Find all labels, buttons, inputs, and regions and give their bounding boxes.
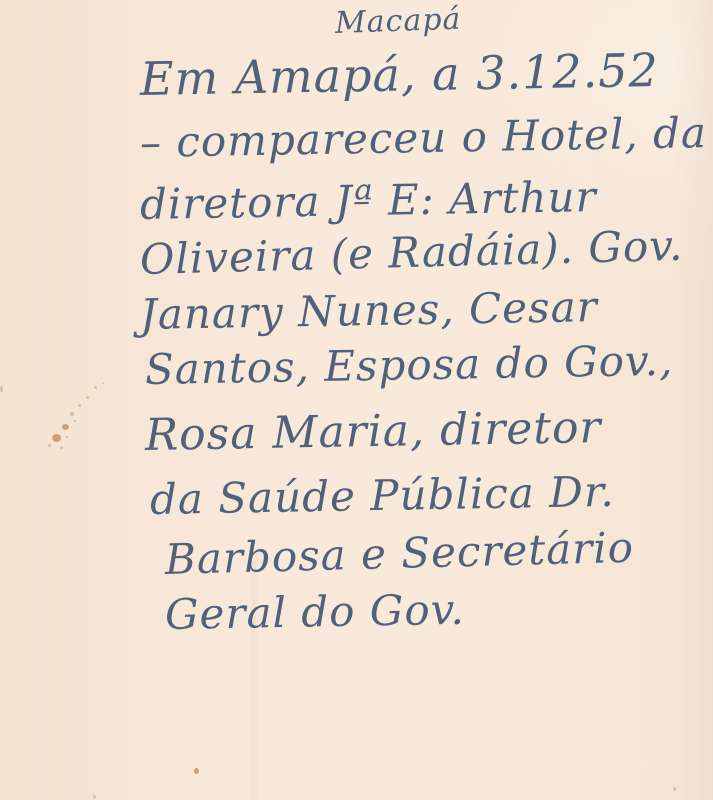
foxing-speck xyxy=(60,446,63,449)
handwritten-page: Macapá Em Amapá, a 3.12.52 – compareceu … xyxy=(0,0,713,800)
note-line-1: Em Amapá, a 3.12.52 xyxy=(140,43,660,106)
note-line-8: da Saúde Pública Dr. xyxy=(150,467,615,524)
foxing-stain xyxy=(52,434,61,442)
foxing-speck xyxy=(48,444,51,447)
foxing-speck xyxy=(74,420,76,422)
note-line-2: – compareceu o Hotel, da xyxy=(140,108,708,167)
foxing-speck xyxy=(66,436,68,438)
note-line-10: Geral do Gov. xyxy=(165,585,466,639)
note-line-3: diretora Jª E: Arthur xyxy=(140,172,597,229)
foxing-speck xyxy=(94,386,97,389)
note-heading: Macapá xyxy=(334,2,462,41)
note-line-6: Santos, Esposa do Gov., xyxy=(145,336,674,394)
foxing-speck xyxy=(0,386,3,392)
note-line-5: Janary Nunes, Cesar xyxy=(140,282,599,339)
foxing-speck xyxy=(70,412,74,416)
foxing-speck xyxy=(673,787,676,791)
note-line-9: Barbosa e Secretário xyxy=(164,523,634,584)
foxing-speck xyxy=(102,382,104,384)
foxing-speck xyxy=(86,396,89,399)
foxing-stain xyxy=(194,768,199,774)
foxing-speck xyxy=(93,795,96,799)
note-line-7: Rosa Maria, diretor xyxy=(145,402,602,461)
foxing-speck xyxy=(78,404,81,407)
note-line-4: Oliveira (e Radáia). Gov. xyxy=(139,221,684,284)
foxing-stain xyxy=(62,424,69,430)
